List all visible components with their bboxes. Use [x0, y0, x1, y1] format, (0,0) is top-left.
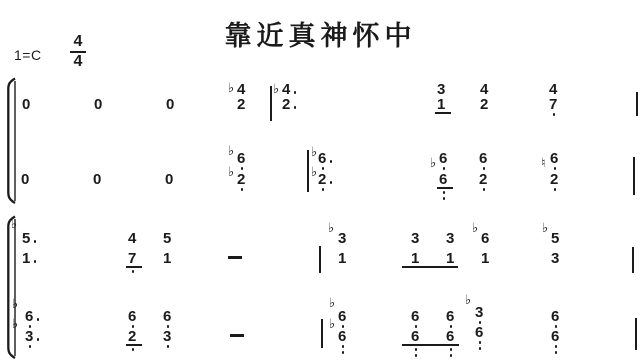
note-digit: 7 [549, 98, 557, 111]
note-digit: 6 [479, 152, 487, 165]
rest-note: 0 [22, 98, 30, 111]
flat-accidental: ♭ [228, 146, 234, 158]
note-digit: 6 [128, 310, 136, 323]
note-digit: 7 [128, 252, 136, 265]
note-digit: 6 [481, 232, 489, 245]
flat-accidental: ♭ [329, 319, 335, 331]
flat-accidental: ♭ [542, 223, 548, 235]
octave-dot [443, 191, 446, 194]
note-digit: 2 [282, 98, 290, 111]
duration-dot [34, 260, 37, 263]
note-digit: 4 [282, 83, 290, 96]
rest-note: 0 [166, 98, 174, 111]
note-digit: 6 [550, 152, 558, 165]
note-digit: 1 [22, 252, 30, 265]
note-digit: 6 [338, 330, 346, 343]
note-digit: 6 [551, 330, 559, 343]
note-digit: 6 [411, 310, 419, 323]
flat-accidental: ♭ [11, 219, 17, 231]
note-digit: 1 [411, 252, 419, 265]
note-digit: 6 [25, 310, 33, 323]
song-title: 靠近真神怀中 [0, 14, 641, 53]
note-digit: 6 [237, 152, 245, 165]
note-digit: 2 [318, 173, 326, 186]
octave-dot [322, 167, 325, 170]
note-digit: 6 [338, 310, 346, 323]
beam-underline [402, 266, 458, 268]
barline [632, 247, 634, 273]
octave-dot [415, 348, 418, 351]
flat-accidental: ♭ [311, 147, 317, 159]
octave-dot [415, 354, 418, 357]
octave-dot [443, 197, 446, 200]
time-signature: 4 4 [69, 34, 87, 70]
duration-dot [330, 160, 333, 163]
flat-accidental: ♭ [311, 167, 317, 179]
octave-dot [479, 341, 482, 344]
note-digit: 4 [480, 83, 488, 96]
note-digit: 6 [439, 152, 447, 165]
duration-dot [330, 181, 333, 184]
octave-dot [342, 345, 345, 348]
duration-dot [37, 318, 40, 321]
note-digit: 3 [163, 330, 171, 343]
eighth-underline [435, 112, 451, 114]
dash-note [230, 334, 244, 337]
octave-dot [322, 188, 325, 191]
octave-dot [479, 347, 482, 350]
note-digit: 5 [551, 232, 559, 245]
note-digit: 4 [128, 232, 136, 245]
octave-dot [555, 345, 558, 348]
note-digit: 2 [237, 173, 245, 186]
flat-accidental: ♭ [329, 298, 335, 310]
note-digit: 3 [551, 252, 559, 265]
barline [633, 157, 635, 195]
natural-accidental: ♮ [541, 158, 546, 170]
note-digit: 3 [437, 83, 445, 96]
note-digit: 3 [446, 232, 454, 245]
note-digit: 2 [237, 98, 245, 111]
note-digit: 6 [446, 330, 454, 343]
note-digit: 6 [439, 173, 447, 186]
octave-dot [132, 348, 135, 351]
flat-accidental: ♭ [12, 319, 18, 331]
flat-accidental: ♭ [228, 167, 234, 179]
octave-dot [241, 188, 244, 191]
barline [307, 150, 309, 192]
note-digit: 3 [475, 306, 483, 319]
flat-accidental: ♭ [12, 299, 18, 311]
sheet-music-page: 靠近真神怀中 1=C 4 4 0004♭24♭23142470006♭2♭6♭2… [0, 0, 641, 363]
note-digit: 5 [22, 232, 30, 245]
octave-dot [553, 113, 556, 116]
octave-dot [450, 348, 453, 351]
rest-note: 0 [93, 173, 101, 186]
barline [319, 246, 321, 273]
duration-dot [34, 240, 37, 243]
eighth-underline [126, 344, 142, 346]
beam-underline [402, 344, 459, 346]
duration-dot [294, 91, 297, 94]
note-digit: 2 [128, 330, 136, 343]
note-digit: 3 [411, 232, 419, 245]
octave-dot [443, 167, 446, 170]
time-signature-numerator: 4 [69, 34, 87, 50]
octave-dot [554, 188, 557, 191]
note-digit: 1 [163, 252, 171, 265]
barline [270, 86, 272, 121]
note-digit: 2 [480, 98, 488, 111]
note-digit: 6 [551, 310, 559, 323]
note-digit: 6 [475, 326, 483, 339]
octave-dot [241, 167, 244, 170]
note-digit: 6 [446, 310, 454, 323]
octave-dot [342, 351, 345, 354]
note-digit: 4 [237, 83, 245, 96]
key-signature: 1=C [14, 47, 42, 63]
note-digit: 4 [549, 83, 557, 96]
dash-note [228, 256, 242, 259]
octave-dot [483, 167, 486, 170]
flat-accidental: ♭ [273, 84, 279, 96]
note-digit: 2 [550, 173, 558, 186]
note-digit: 1 [338, 252, 346, 265]
system-brace [4, 215, 18, 360]
flat-accidental: ♭ [472, 223, 478, 235]
barline [636, 92, 638, 116]
note-digit: 6 [163, 310, 171, 323]
flat-accidental: ♭ [328, 223, 334, 235]
flat-accidental: ♭ [430, 158, 436, 170]
note-digit: 3 [338, 232, 346, 245]
rest-note: 0 [165, 173, 173, 186]
time-signature-denominator: 4 [69, 54, 87, 70]
octave-dot [483, 188, 486, 191]
note-digit: 1 [481, 252, 489, 265]
rest-note: 0 [21, 173, 29, 186]
octave-dot [132, 270, 135, 273]
octave-dot [450, 354, 453, 357]
barline [321, 319, 323, 348]
note-digit: 2 [479, 173, 487, 186]
octave-dot [29, 345, 32, 348]
octave-dot [555, 351, 558, 354]
rest-note: 0 [94, 98, 102, 111]
note-digit: 5 [163, 232, 171, 245]
eighth-underline [437, 187, 453, 189]
flat-accidental: ♭ [228, 83, 234, 95]
note-digit: 1 [437, 98, 445, 111]
note-digit: 1 [446, 252, 454, 265]
flat-accidental: ♭ [465, 295, 471, 307]
duration-dot [294, 106, 297, 109]
octave-dot [167, 345, 170, 348]
system-brace [4, 77, 18, 205]
barline [635, 318, 637, 350]
note-digit: 6 [318, 152, 326, 165]
note-digit: 3 [25, 330, 33, 343]
duration-dot [37, 338, 40, 341]
note-digit: 6 [411, 330, 419, 343]
octave-dot [554, 167, 557, 170]
eighth-underline [126, 266, 142, 268]
